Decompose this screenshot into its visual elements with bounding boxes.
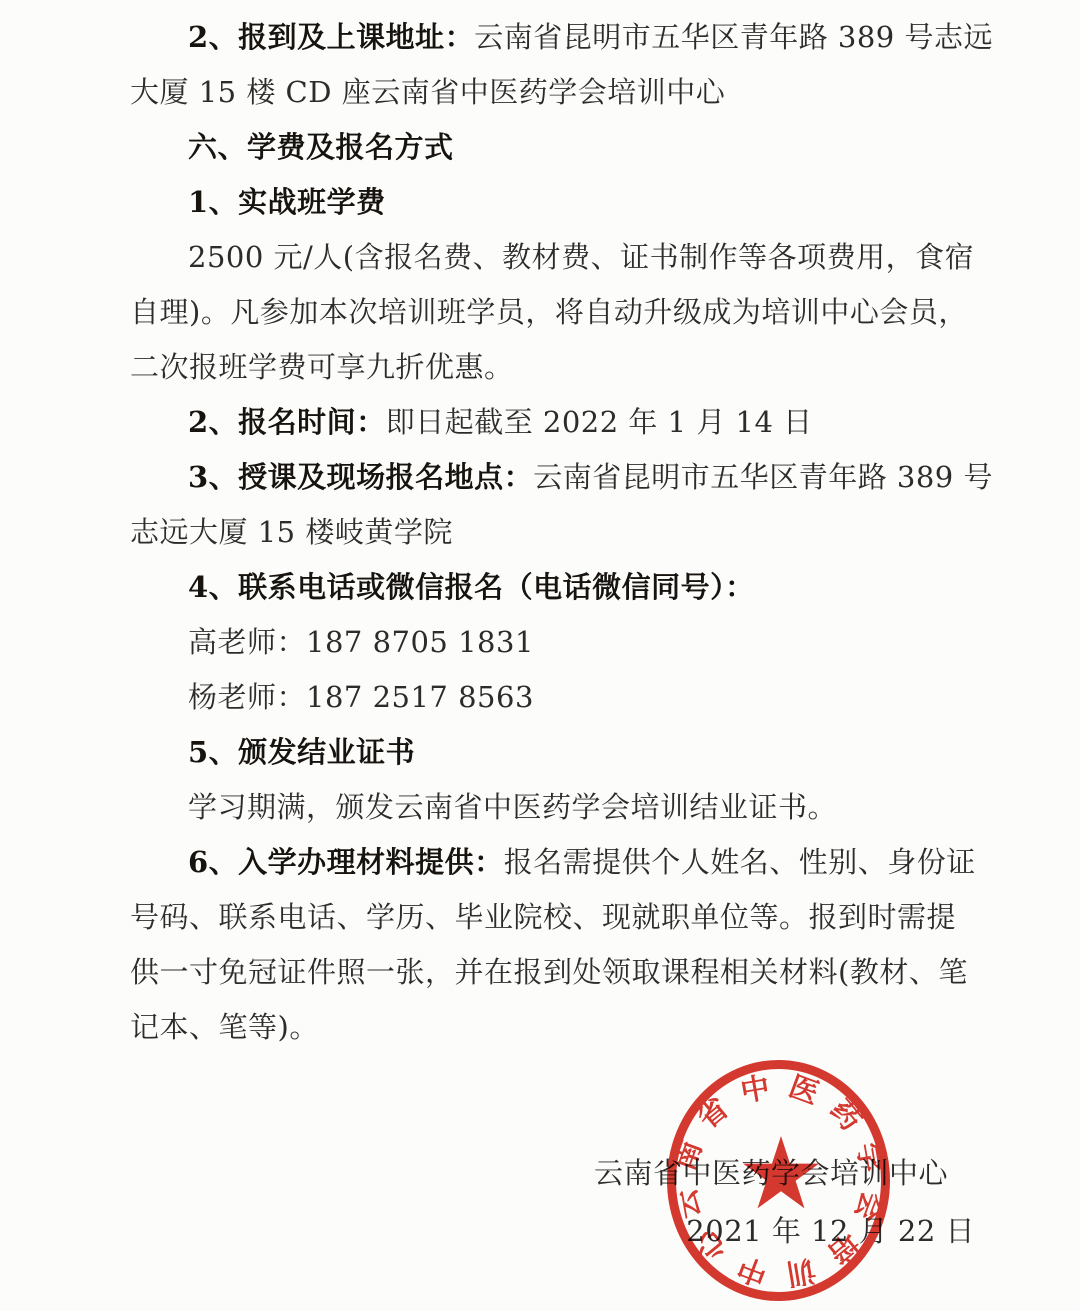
text-segment: 大厦 15 楼 CD 座云南省中医药学会培训中心 — [130, 75, 725, 109]
text-line: 学习期满，颁发云南省中医药学会培训结业证书。 — [130, 780, 970, 835]
signature-org: 云南省中医药学会培训中心 — [594, 1152, 948, 1194]
text-segment: 2500 元/人(含报名费、教材费、证书制作等各项费用，食宿 — [188, 240, 974, 274]
text-segment: 供一寸免冠证件照一张，并在报到处领取课程相关材料(教材、笔 — [130, 955, 968, 989]
text-segment-bold: 4、联系电话或微信报名（电话微信同号）： — [188, 570, 755, 604]
text-segment: 高老师：187 8705 1831 — [188, 625, 534, 659]
text-line: 号码、联系电话、学历、毕业院校、现就职单位等。报到时需提 — [130, 890, 970, 945]
signature-date: 2021 年 12 月 22 日 — [686, 1210, 975, 1252]
text-segment-bold: 1、实战班学费 — [188, 185, 386, 219]
text-line: 杨老师：187 2517 8563 — [130, 670, 970, 725]
text-line: 2、报名时间：即日起截至 2022 年 1 月 14 日 — [130, 395, 970, 450]
text-segment-bold: 5、颁发结业证书 — [188, 735, 415, 769]
document-page: 2、报到及上课地址：云南省昆明市五华区青年路 389 号志远大厦 15 楼 CD… — [0, 0, 1080, 1311]
text-segment: 报名需提供个人姓名、性别、身份证 — [504, 845, 976, 879]
text-segment: 二次报班学费可享九折优惠。 — [130, 350, 514, 384]
text-segment: 志远大厦 15 楼岐黄学院 — [130, 515, 453, 549]
text-line: 4、联系电话或微信报名（电话微信同号）： — [130, 560, 970, 615]
text-line: 5、颁发结业证书 — [130, 725, 970, 780]
text-line: 记本、笔等)。 — [130, 1000, 970, 1055]
text-line: 6、入学办理材料提供：报名需提供个人姓名、性别、身份证 — [130, 835, 970, 890]
text-segment-bold: 6、入学办理材料提供： — [188, 845, 504, 879]
text-line: 自理)。凡参加本次培训班学员，将自动升级成为培训中心会员， — [130, 285, 970, 340]
text-line: 供一寸免冠证件照一张，并在报到处领取课程相关材料(教材、笔 — [130, 945, 970, 1000]
text-segment: 云南省昆明市五华区青年路 389 号志远 — [474, 20, 993, 54]
text-line: 志远大厦 15 楼岐黄学院 — [130, 505, 970, 560]
text-segment-bold: 3、授课及现场报名地点： — [188, 460, 533, 494]
text-segment: 云南省昆明市五华区青年路 389 号 — [533, 460, 993, 494]
text-line: 2500 元/人(含报名费、教材费、证书制作等各项费用，食宿 — [130, 230, 970, 285]
text-segment: 学习期满，颁发云南省中医药学会培训结业证书。 — [188, 790, 837, 824]
text-segment: 杨老师：187 2517 8563 — [188, 680, 534, 714]
document-body: 2、报到及上课地址：云南省昆明市五华区青年路 389 号志远大厦 15 楼 CD… — [130, 10, 970, 1055]
text-segment: 自理)。凡参加本次培训班学员，将自动升级成为培训中心会员， — [130, 295, 968, 329]
text-line: 2、报到及上课地址：云南省昆明市五华区青年路 389 号志远 — [130, 10, 970, 65]
text-line: 二次报班学费可享九折优惠。 — [130, 340, 970, 395]
text-line: 1、实战班学费 — [130, 175, 970, 230]
text-segment: 即日起截至 2022 年 1 月 14 日 — [386, 405, 813, 439]
text-line: 六、学费及报名方式 — [130, 120, 970, 175]
text-segment: 记本、笔等)。 — [130, 1010, 319, 1044]
text-line: 3、授课及现场报名地点：云南省昆明市五华区青年路 389 号 — [130, 450, 970, 505]
text-segment-bold: 2、报名时间： — [188, 405, 386, 439]
text-segment-bold: 六、学费及报名方式 — [188, 130, 454, 164]
text-line: 高老师：187 8705 1831 — [130, 615, 970, 670]
text-segment: 号码、联系电话、学历、毕业院校、现就职单位等。报到时需提 — [130, 900, 956, 934]
text-segment-bold: 2、报到及上课地址： — [188, 20, 474, 54]
text-line: 大厦 15 楼 CD 座云南省中医药学会培训中心 — [130, 65, 970, 120]
